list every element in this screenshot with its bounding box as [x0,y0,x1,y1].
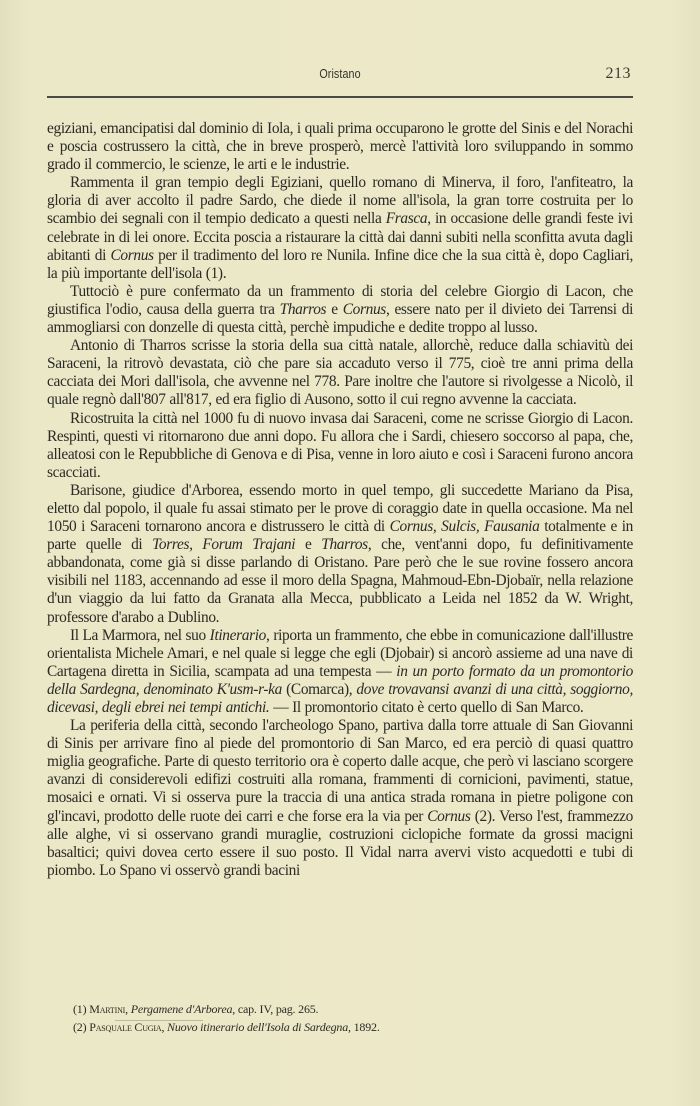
text-run: Antonio di Tharros scrisse la storia del… [47,337,633,408]
italic-text: Cornus [427,808,470,825]
header-rule [47,96,633,98]
page-number: 213 [606,65,632,83]
italic-text: Tharros [321,536,368,553]
paragraph: La periferia della città, secondo l'arch… [47,717,633,880]
footnotes: (1) Martini, Pergamene d'Arborea, cap. I… [73,1000,613,1036]
paragraph: Barisone, giudice d'Arborea, essendo mor… [47,482,633,627]
footnote-marker: (1) [73,1002,86,1016]
body-text: egiziani, emancipatisi dal dominio di Io… [47,120,633,880]
footnote-title: Pergamene d'Arborea [131,1002,233,1016]
footnote-title: Nuovo itinerario dell'Isola di Sardegna [167,1020,348,1034]
text-run: (Comarca), [282,681,356,698]
italic-text: Cornus [110,247,153,264]
paragraph: egiziani, emancipatisi dal dominio di Io… [47,120,633,174]
paragraph: Ricostruita la città nel 1000 fu di nuov… [47,410,633,482]
text-run: e [295,536,321,553]
footnote-author: Pasquale Cugia [89,1020,161,1034]
footnote-2: (2) Pasquale Cugia, Nuovo itinerario del… [73,1018,613,1036]
italic-text: Cornus [343,301,386,318]
footnote-rest: , cap. IV, pag. 265. [232,1002,318,1016]
text-run: — Il promontorio citato è certo quello d… [269,699,583,716]
text-run: Ricostruita la città nel 1000 fu di nuov… [47,410,633,481]
paragraph: Rammenta il gran tempio degli Egiziani, … [47,174,633,283]
paragraph: Antonio di Tharros scrisse la storia del… [47,337,633,409]
footnote-rest: , 1892. [348,1020,380,1034]
paragraph: Il La Marmora, nel suo Itinerario, ripor… [47,627,633,717]
footnote-author: Martini [89,1002,125,1016]
text-run: e [326,301,343,318]
text-run: Il La Marmora, nel suo [70,627,210,644]
italic-text: Itinerario [210,627,266,644]
paragraph: Tuttociò è pure confermato da un frammen… [47,283,633,337]
text-run: egiziani, emancipatisi dal dominio di Io… [47,120,633,173]
italic-text: Tharros [280,301,327,318]
footnote-1: (1) Martini, Pergamene d'Arborea, cap. I… [73,1000,613,1018]
italic-text: Torres, Forum Trajani [152,536,295,553]
footnote-marker: (2) [73,1020,86,1034]
italic-text: Frasca [386,210,428,227]
running-head: Oristano 213 [47,67,633,87]
running-title: Oristano [88,67,592,81]
italic-text: Cornus, Sulcis, Fausania [390,518,540,535]
